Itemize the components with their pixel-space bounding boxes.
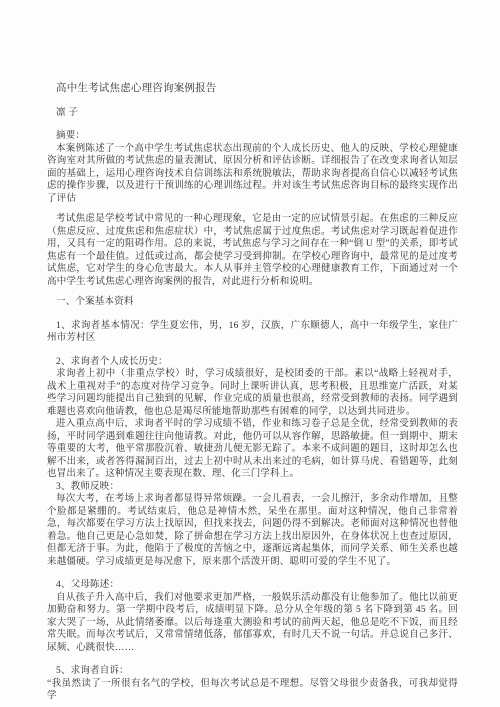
parents-paragraph: 自从孩子升入高中后，我们对他要求更加严格，一般娱乐活动都没有让他参加了。他比以前…: [47, 592, 458, 655]
teacher-paragraph: 每次大考，在考场上求询者都显得异常烦躁。一会儿看表，一会儿擦汗，多余动作增加，且…: [47, 493, 458, 568]
self-report-paragraph: “我虽然读了一所很有名气的学校，但每次考试总是不理想。尽管父母很少责备我，可我却…: [47, 678, 458, 703]
history-paragraph-2: 进入重点高中后，求询者平时的学习成绩不错，作业和练习卷子总是全优，经常受到教师的…: [47, 418, 458, 481]
doc-author: 凛 子: [47, 107, 458, 120]
document-page: 高中生考试焦虑心理咨询案例报告 凛 子 摘要： 本案例陈述了一个高中学生考试焦虑…: [0, 0, 500, 707]
self-report-heading: 5、求询者自诉：: [47, 665, 458, 678]
document-body: 高中生考试焦虑心理咨询案例报告 凛 子 摘要： 本案例陈述了一个高中学生考试焦虑…: [0, 0, 500, 703]
doc-title: 高中生考试焦虑心理咨询案例报告: [47, 83, 458, 96]
history-paragraph-1: 求询者上初中（非重点学校）时，学习成绩很好，是校团委的干部。素以“战略上轻视对手…: [47, 368, 458, 418]
basic-info-paragraph: 1、求询者基本情况：学生夏宏伟，男，16 岁，汉族，广东顺德人，高中一年级学生，…: [47, 320, 458, 345]
section-heading-basic-info: 一、个案基本资料: [47, 296, 458, 309]
abstract-paragraph: 本案例陈述了一个高中学生考试焦虑状态出现前的个人成长历史、他人的反映、学校心理健…: [47, 143, 458, 206]
abstract-label: 摘要：: [47, 130, 458, 143]
history-heading: 2、求询者个人成长历史：: [47, 356, 458, 369]
parents-heading: 4、父母陈述：: [47, 579, 458, 592]
intro-paragraph: 考试焦虑是学校考试中常见的一种心理现象，它是由一定的应试情景引起。在焦虑的三种反…: [47, 213, 458, 288]
teacher-heading: 3、教师反映：: [47, 481, 458, 494]
